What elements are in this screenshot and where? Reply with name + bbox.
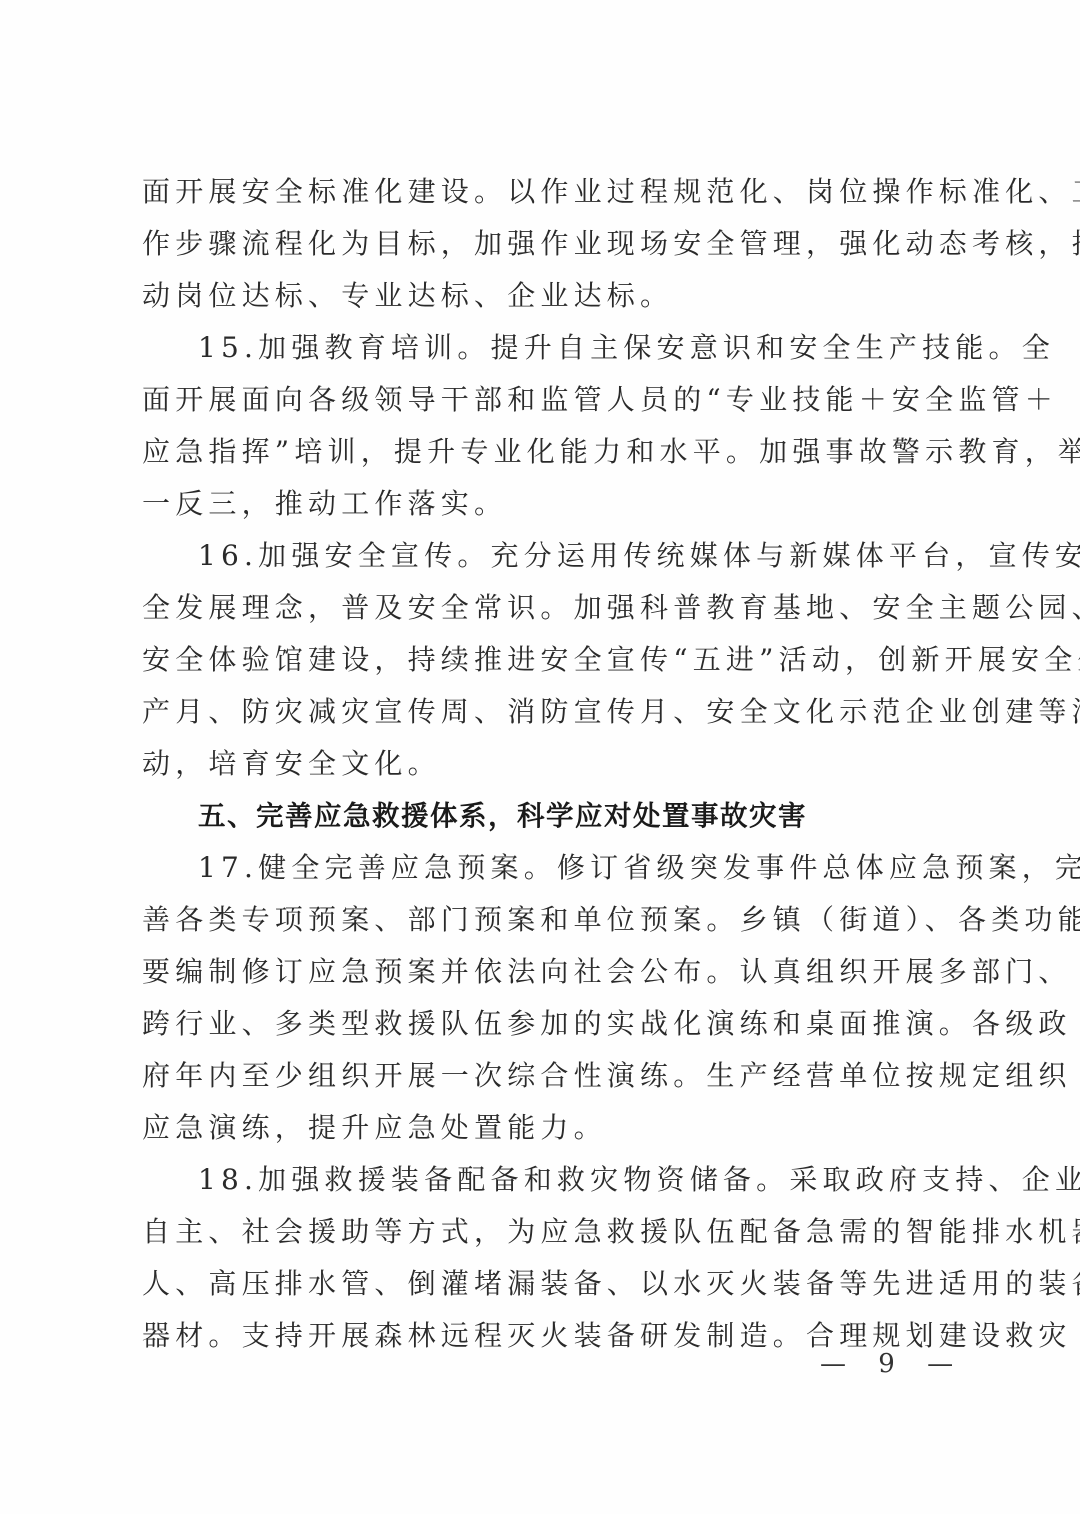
text-line: 全发展理念，普及安全常识。加强科普教育基地、安全主题公园、 — [142, 582, 942, 634]
paragraph-16-start: 16.加强安全宣传。充分运用传统媒体与新媒体平台，宣传安 — [198, 530, 942, 582]
document-page: 面开展安全标准化建设。以作业过程规范化、岗位操作标准化、工 作步骤流程化为目标，… — [0, 0, 1080, 1514]
text-line: 动，培育安全文化。 — [142, 738, 942, 790]
paragraph-18-start: 18.加强救援装备配备和救灾物资储备。采取政府支持、企业 — [198, 1154, 942, 1206]
paragraph-17-start: 17.健全完善应急预案。修订省级突发事件总体应急预案，完 — [198, 842, 942, 894]
text-line: 应急演练，提升应急处置能力。 — [142, 1102, 942, 1154]
page-number: — 9 — — [820, 1349, 965, 1379]
text-line: 要编制修订应急预案并依法向社会公布。认真组织开展多部门、 — [142, 946, 942, 998]
text-line: 动岗位达标、专业达标、企业达标。 — [142, 270, 942, 322]
text-line: 人、高压排水管、倒灌堵漏装备、以水灭火装备等先进适用的装备 — [142, 1258, 942, 1310]
section-heading: 五、完善应急救援体系，科学应对处置事故灾害 — [198, 790, 942, 842]
text-line: 自主、社会援助等方式，为应急救援队伍配备急需的智能排水机器 — [142, 1206, 942, 1258]
text-line: 一反三，推动工作落实。 — [142, 478, 942, 530]
text-line: 面开展安全标准化建设。以作业过程规范化、岗位操作标准化、工 — [142, 166, 942, 218]
text-line: 安全体验馆建设，持续推进安全宣传“五进”活动，创新开展安全生 — [142, 634, 942, 686]
text-line: 跨行业、多类型救援队伍参加的实战化演练和桌面推演。各级政 — [142, 998, 942, 1050]
text-line: 善各类专项预案、部门预案和单位预案。乡镇（街道）、各类功能区 — [142, 894, 942, 946]
text-line: 应急指挥”培训，提升专业化能力和水平。加强事故警示教育，举 — [142, 426, 942, 478]
text-line: 面开展面向各级领导干部和监管人员的“专业技能＋安全监管＋ — [142, 374, 942, 426]
paragraph-15-start: 15.加强教育培训。提升自主保安意识和安全生产技能。全 — [198, 322, 942, 374]
text-line: 府年内至少组织开展一次综合性演练。生产经营单位按规定组织 — [142, 1050, 942, 1102]
text-line: 产月、防灾减灾宣传周、消防宣传月、安全文化示范企业创建等活 — [142, 686, 942, 738]
text-line: 作步骤流程化为目标，加强作业现场安全管理，强化动态考核，推 — [142, 218, 942, 270]
